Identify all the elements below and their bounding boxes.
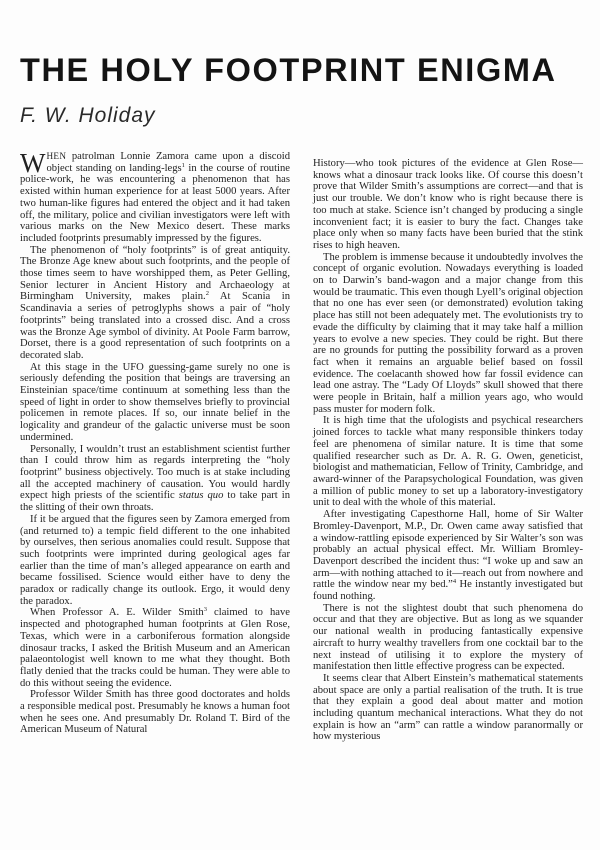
paragraph: It is high time that the ufologists and … xyxy=(313,415,583,509)
drop-cap: W xyxy=(20,153,45,173)
paragraph: At this stage in the UFO guessing-game s… xyxy=(20,362,290,444)
italic-text: status quo xyxy=(179,490,224,501)
paragraph: History—who took pictures of the evidenc… xyxy=(313,158,583,252)
left-column: WHEN patrolman Lonnie Zamora came upon a… xyxy=(20,151,290,736)
paragraph: It seems clear that Albert Einstein’s ma… xyxy=(313,673,583,743)
right-column: History—who took pictures of the evidenc… xyxy=(313,158,583,743)
paragraph: WHEN patrolman Lonnie Zamora came upon a… xyxy=(20,151,290,245)
paragraph: When Professor A. E. Wilder Smith3 claim… xyxy=(20,607,290,689)
paragraph: The phenomenon of “holy footprints” is o… xyxy=(20,245,290,362)
document-page: THE HOLY FOOTPRINT ENIGMA F. W. Holiday … xyxy=(0,0,600,850)
text: When Professor A. E. Wilder Smith xyxy=(30,607,204,618)
paragraph: Professor Wilder Smith has three good do… xyxy=(20,689,290,736)
paragraph: If it be argued that the figures seen by… xyxy=(20,514,290,608)
paragraph: The problem is immense because it undoub… xyxy=(313,252,583,416)
text: in the course of routine police-work, he… xyxy=(20,163,290,244)
article-title: THE HOLY FOOTPRINT ENIGMA xyxy=(20,52,557,89)
paragraph: Personally, I wouldn’t trust an establis… xyxy=(20,444,290,514)
paragraph: There is not the slightest doubt that su… xyxy=(313,603,583,673)
small-caps-lead: HEN xyxy=(46,151,66,161)
article-author: F. W. Holiday xyxy=(20,104,156,128)
paragraph: After investigating Capesthorne Hall, ho… xyxy=(313,509,583,603)
text: claimed to have inspected and photograph… xyxy=(20,607,290,688)
